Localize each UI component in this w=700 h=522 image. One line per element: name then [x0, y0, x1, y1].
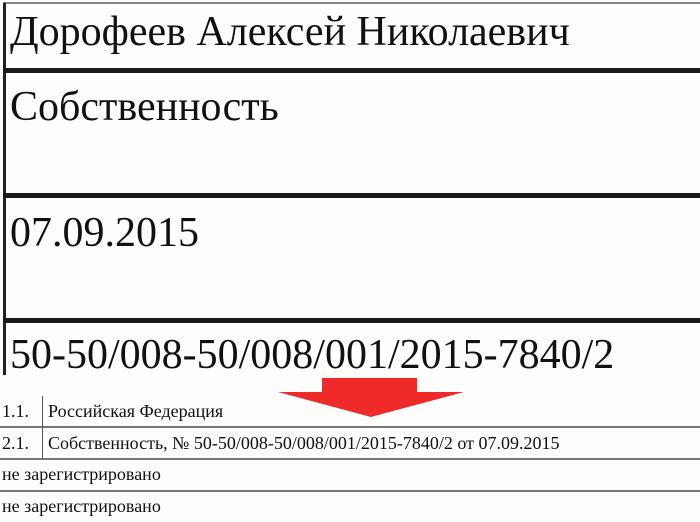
row-text: не зарегистрировано: [2, 464, 161, 485]
row-divider: [3, 193, 700, 198]
registration-date: 07.09.2015: [10, 212, 199, 254]
owner-name: Дорофеев Алексей Николаевич: [10, 11, 570, 53]
row-text: не зарегистрировано: [2, 496, 161, 517]
right-type: Собственность: [10, 86, 279, 128]
row-text: Собственность, № 50-50/008-50/008/001/20…: [48, 433, 559, 454]
enlarged-record-table: Дорофеев Алексей Николаевич Собственност…: [0, 0, 700, 375]
column-divider: [42, 396, 43, 459]
registration-number: 50-50/008-50/008/001/2015-7840/2: [10, 334, 614, 376]
extract-table: 1.1. Российская Федерация 2.1. Собственн…: [0, 396, 700, 522]
row-number: 1.1.: [2, 401, 29, 422]
row-divider: [3, 318, 700, 323]
row-number: 2.1.: [2, 433, 29, 454]
row-text: Российская Федерация: [48, 401, 223, 422]
row-divider: [3, 68, 700, 73]
table-row: не зарегистрировано: [0, 460, 700, 491]
table-row: не зарегистрировано: [0, 492, 700, 522]
table-row: 2.1. Собственность, № 50-50/008-50/008/0…: [0, 428, 700, 459]
table-row: 1.1. Российская Федерация: [0, 396, 700, 427]
table-border-top: [3, 2, 700, 4]
